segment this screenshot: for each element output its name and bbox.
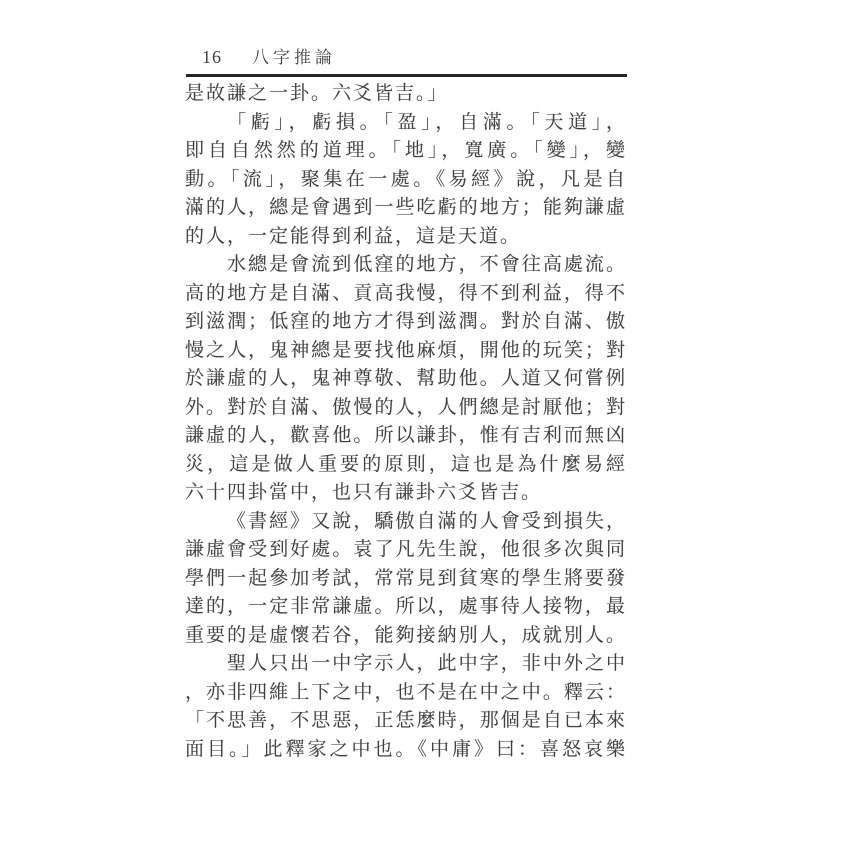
text-line: 謙虛的人，歡喜他。所以謙卦，惟有吉利而無凶 [185,422,627,451]
text-line: 動。「流」，聚集在一處。《易經》說，凡是自 [185,166,627,195]
text-line: 於謙虛的人，鬼神尊敬、幫助他。人道又何嘗例 [185,365,627,394]
body-text: 是故謙之一卦。六爻皆吉。」 「虧」，虧損。「盈」，自滿。「天道」， 即自自然然的… [185,80,627,764]
text-line: 學們一起參加考試，常常見到貧寒的學生將要發 [185,565,627,594]
text-line: 的人，一定能得到利益，這是天道。 [185,223,627,252]
text-line: 聖人只出一中字示人，此中字，非中外之中 [185,650,627,679]
text-line: 即自自然然的道理。「地」，寬廣。「變」，變 [185,137,627,166]
text-line: 慢之人，鬼神總是要找他麻煩，開他的玩笑；對 [185,337,627,366]
text-line: 謙虛會受到好處。袁了凡先生說，他很多次與同 [185,536,627,565]
text-line: 「不思善，不思惡，正恁麼時，那個是自已本來 [185,707,627,736]
text-line: 六十四卦當中，也只有謙卦六爻皆吉。 [185,479,627,508]
text-line: 外。對於自滿、傲慢的人，人們總是討厭他；對 [185,394,627,423]
page-header: 16 八字推論 [186,40,627,77]
text-line: 水總是會流到低窪的地方，不會往高處流。 [185,251,627,280]
running-title: 八字推論 [252,43,336,68]
text-line: 面目。」此釋家之中也。《中庸》曰：喜怒哀樂 [185,736,627,765]
text-line: 重要的是虛懷若谷，能夠接納別人，成就別人。 [185,622,627,651]
text-line: 災，這是做人重要的原則，這也是為什麼易經 [185,451,627,480]
text-line: 「虧」，虧損。「盈」，自滿。「天道」， [185,109,627,138]
text-line: 達的，一定非常謙虛。所以，處事待人接物，最 [185,593,627,622]
text-line: 是故謙之一卦。六爻皆吉。」 [185,80,627,109]
text-line: 滿的人，總是會遇到一些吃虧的地方；能夠謙虛 [185,194,627,223]
text-line: 到滋潤；低窪的地方才得到滋潤。對於自滿、傲 [185,308,627,337]
text-line: ，亦非四維上下之中，也不是在中之中。釋云： [185,679,627,708]
text-line: 高的地方是自滿、貢高我慢，得不到利益，得不 [185,280,627,309]
text-line: 《書經》又說，驕傲自滿的人會受到損失， [185,508,627,537]
page-number: 16 [202,47,222,68]
book-page: 16 八字推論 是故謙之一卦。六爻皆吉。」 「虧」，虧損。「盈」，自滿。「天道」… [0,0,850,850]
